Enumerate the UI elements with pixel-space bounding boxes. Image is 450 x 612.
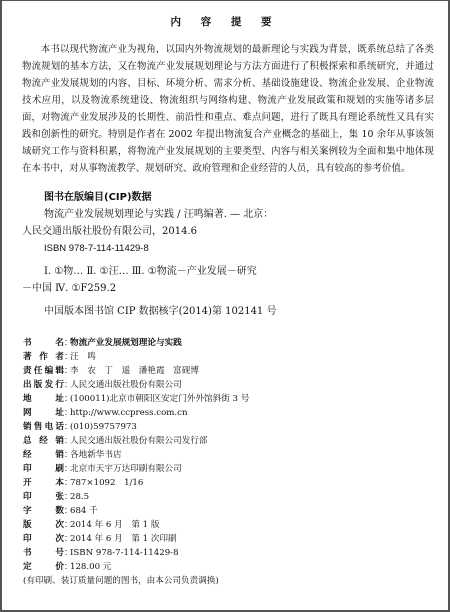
colophon-label: 出版发行: [23, 378, 64, 392]
cip-classification-line-1: Ⅰ. ①物… Ⅱ. ①汪… Ⅲ. ①物流－产业发展－研究: [22, 263, 302, 280]
colophon-value: 北京市天宇万达印刷有限公司: [69, 462, 182, 476]
colophon-row: 印刷：北京市天宇万达印刷有限公司: [23, 462, 423, 476]
colophon: 书名：物流产业发展规划理论与实践著作者：汪 鸣责任编辑：李 农 丁 遥 潘艳霞 …: [23, 336, 423, 588]
colophon-label: 印刷: [23, 462, 64, 476]
abstract-paragraph: 本书以现代物流产业为视角，以国内外物流规划的最新理论与实践为背景，既系统总结了各…: [22, 41, 434, 177]
colophon-row: 定价：128.00 元: [23, 560, 423, 574]
colophon-label: 字数: [23, 504, 64, 518]
colophon-row: 字数：684 千: [23, 504, 423, 518]
colophon-label: 开本: [23, 476, 64, 490]
cip-record-number: 中国版本图书馆 CIP 数据核字(2014)第 102141 号: [22, 303, 302, 320]
colophon-value: http://www.ccpress.com.cn: [69, 406, 188, 420]
colophon-value: (010)59757973: [69, 420, 137, 434]
colophon-label: 书名: [23, 336, 64, 350]
colophon-row: 经销：各地新华书店: [23, 448, 423, 462]
colophon-label: 总经销: [23, 434, 64, 448]
colophon-label: 版次: [23, 518, 64, 532]
colophon-row: 版次：2014 年 6 月 第 1 版: [23, 518, 423, 532]
colophon-row: 总经销：人民交通出版社股份有限公司发行部: [23, 434, 423, 448]
colophon-row: 书名：物流产业发展规划理论与实践: [23, 336, 423, 350]
colophon-value: (100011)北京市朝阳区安定门外外馆斜街 3 号: [69, 392, 249, 406]
copyright-page: 内 容 提 要 本书以现代物流产业为视角，以国内外物流规划的最新理论与实践为背景…: [0, 0, 450, 612]
colophon-value: 787×1092 1/16: [69, 476, 143, 490]
colophon-value: 汪 鸣: [69, 350, 96, 364]
colophon-row: 印次：2014 年 6 月 第 1 次印刷: [23, 532, 423, 546]
colophon-label: 定价: [23, 560, 64, 574]
colophon-value: ISBN 978-7-114-11429-8: [69, 546, 179, 560]
colophon-value: 物流产业发展规划理论与实践: [69, 336, 182, 350]
colophon-label: 网址: [23, 406, 64, 420]
colophon-value: 人民交通出版社股份有限公司: [69, 378, 182, 392]
colophon-value: 28.5: [69, 490, 89, 504]
colophon-rows: 书名：物流产业发展规划理论与实践著作者：汪 鸣责任编辑：李 农 丁 遥 潘艳霞 …: [23, 336, 423, 574]
colophon-label: 著作者: [23, 350, 64, 364]
colophon-value: 2014 年 6 月 第 1 次印刷: [69, 532, 177, 546]
abstract-title: 内 容 提 要: [2, 14, 448, 29]
colophon-label: 销售电话: [23, 420, 64, 434]
colophon-label: 经销: [23, 448, 64, 462]
cip-publisher-line: 人民交通出版社股份有限公司，2014.6: [22, 223, 302, 240]
colophon-row: 书号：ISBN 978-7-114-11429-8: [23, 546, 423, 560]
colophon-row: 著作者：汪 鸣: [23, 350, 423, 364]
colophon-value: 2014 年 6 月 第 1 版: [69, 518, 159, 532]
cip-data-block: 物流产业发展规划理论与实践 / 汪鸣编著. — 北京： 人民交通出版社股份有限公…: [22, 206, 302, 320]
colophon-row: 责任编辑：李 农 丁 遥 潘艳霞 富砚博: [23, 364, 423, 378]
colophon-row: 开本：787×1092 1/16: [23, 476, 423, 490]
cip-title-line: 物流产业发展规划理论与实践 / 汪鸣编著. — 北京：: [22, 206, 302, 223]
cip-heading: 图书在版编目(CIP)数据: [44, 188, 152, 203]
colophon-label: 书号: [23, 546, 64, 560]
quality-note: (有印刷、装订质量问题的图书，由本公司负责调换): [23, 574, 423, 588]
colophon-value: 李 农 丁 遥 潘艳霞 富砚博: [69, 364, 199, 378]
colophon-label: 印张: [23, 490, 64, 504]
colophon-label: 责任编辑: [23, 364, 64, 378]
colophon-row: 印张：28.5: [23, 490, 423, 504]
colophon-value: 128.00 元: [69, 560, 111, 574]
colophon-value: 人民交通出版社股份有限公司发行部: [69, 434, 208, 448]
colophon-row: 地址：(100011)北京市朝阳区安定门外外馆斜街 3 号: [23, 392, 423, 406]
colophon-label: 印次: [23, 532, 64, 546]
colophon-row: 销售电话：(010)59757973: [23, 420, 423, 434]
colophon-row: 出版发行：人民交通出版社股份有限公司: [23, 378, 423, 392]
colophon-value: 各地新华书店: [69, 448, 122, 462]
cip-isbn: ISBN 978-7-114-11429-8: [22, 240, 302, 257]
colophon-label: 地址: [23, 392, 64, 406]
colophon-row: 网址：http://www.ccpress.com.cn: [23, 406, 423, 420]
colophon-value: 684 千: [69, 504, 98, 518]
cip-classification-line-2: －中国 Ⅳ. ①F259.2: [22, 280, 302, 297]
